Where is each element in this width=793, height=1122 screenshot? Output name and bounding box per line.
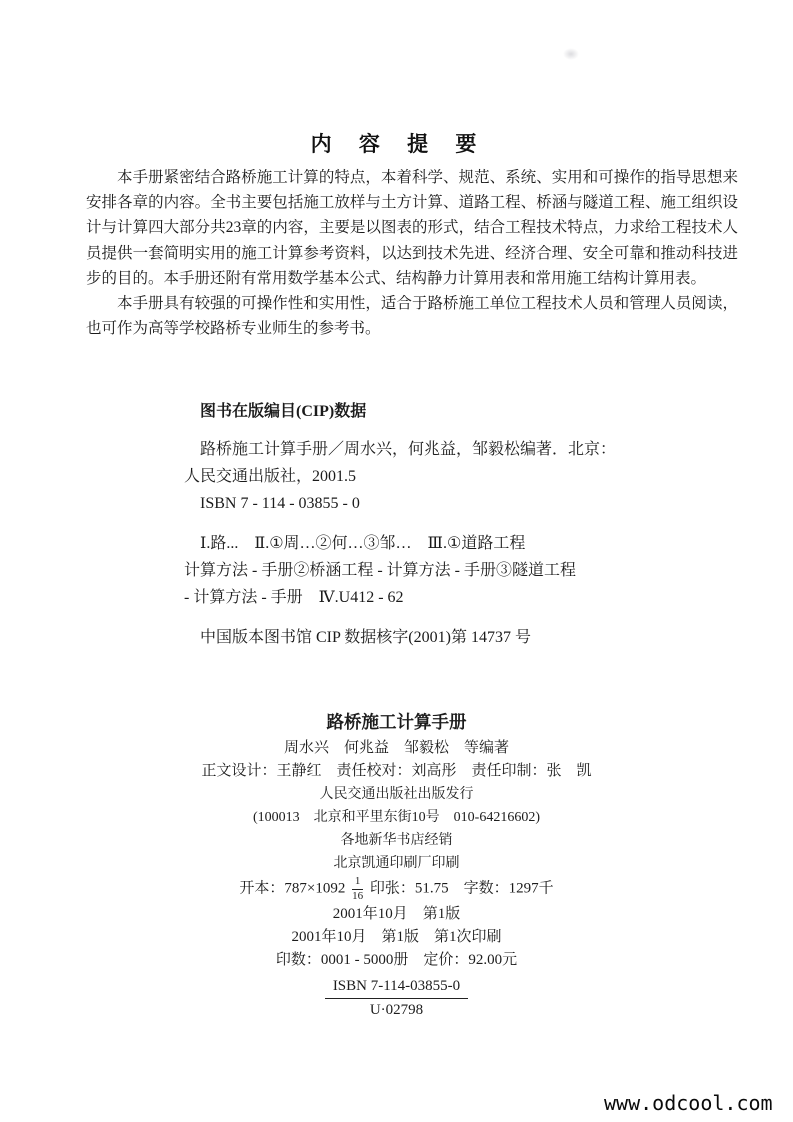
page-title: 内 容 提 要 (0, 128, 793, 158)
colophon-book-code: U·02798 (325, 999, 468, 1020)
cip-class-line-3: - 计算方法 - 手册 Ⅳ.U412 - 62 (184, 584, 684, 611)
fraction-numerator: 1 (352, 876, 363, 890)
cip-heading: 图书在版编目(CIP)数据 (184, 398, 684, 425)
colophon-print-run: 印数：0001 - 5000册 定价：92.00元 (0, 950, 793, 971)
colophon-printing: 2001年10月 第1版 第1次印刷 (0, 927, 793, 948)
colophon-block: 路桥施工计算手册 周水兴 何兆益 邹毅松 等编著 正文设计：王静红 责任校对：刘… (0, 710, 793, 1020)
cip-isbn: ISBN 7 - 114 - 03855 - 0 (184, 490, 684, 517)
colophon-address: (100013 北京和平里东街10号 010-64216602) (0, 807, 793, 828)
cip-record-number: 中国版本图书馆 CIP 数据核字(2001)第 14737 号 (184, 624, 684, 651)
cip-class-line-2: 计算方法 - 手册②桥涵工程 - 计算方法 - 手册③隧道工程 (184, 557, 684, 584)
colophon-isbn-stack: ISBN 7-114-03855-0 U·02798 (325, 977, 468, 1020)
colophon-distribution: 各地新华书店经销 (0, 830, 793, 851)
cip-classification: Ⅰ.路... Ⅱ.①周…②何…③邹… Ⅲ.①道路工程 计算方法 - 手册②桥涵工… (184, 530, 684, 611)
summary-paragraph-2: 本手册具有较强的可操作性和实用性，适合于路桥施工单位工程技术人员和管理人员阅读，… (86, 291, 738, 341)
colophon-staff: 正文设计：王静红 责任校对：刘高彤 责任印制：张 凯 (0, 761, 793, 782)
cip-entry-line-1: 路桥施工计算手册／周水兴，何兆益，邹毅松编著．北京： (184, 436, 684, 463)
colophon-publisher: 人民交通出版社出版发行 (0, 784, 793, 805)
colophon-authors: 周水兴 何兆益 邹毅松 等编著 (0, 738, 793, 759)
colophon-book-title: 路桥施工计算手册 (0, 710, 793, 734)
format-fraction: 1 16 (352, 876, 363, 902)
cip-entry: 路桥施工计算手册／周水兴，何兆益，邹毅松编著．北京： 人民交通出版社，2001.… (184, 436, 684, 517)
summary-paragraph-1: 本手册紧密结合路桥施工计算的特点，本着科学、规范、系统、实用和可操作的指导思想来… (86, 165, 738, 291)
content-summary: 本手册紧密结合路桥施工计算的特点，本着科学、规范、系统、实用和可操作的指导思想来… (86, 165, 738, 341)
colophon-format: 开本：787×1092 1 16 印张：51.75 字数：1297千 (0, 876, 793, 902)
fraction-denominator: 16 (352, 890, 363, 903)
cip-block: 图书在版编目(CIP)数据 路桥施工计算手册／周水兴，何兆益，邹毅松编著．北京：… (184, 398, 684, 651)
cip-class-line-1: Ⅰ.路... Ⅱ.①周…②何…③邹… Ⅲ.①道路工程 (184, 530, 684, 557)
book-copyright-page: 内 容 提 要 本手册紧密结合路桥施工计算的特点，本着科学、规范、系统、实用和可… (0, 0, 793, 1122)
colophon-printer: 北京凯通印刷厂印刷 (0, 853, 793, 874)
format-prefix: 开本：787×1092 (239, 881, 345, 897)
colophon-isbn: ISBN 7-114-03855-0 (325, 977, 468, 999)
cip-entry-line-2: 人民交通出版社，2001.5 (184, 463, 684, 490)
colophon-edition: 2001年10月 第1版 (0, 904, 793, 925)
scan-artifact (563, 48, 579, 60)
watermark: www.odcool.com (604, 1091, 773, 1115)
format-suffix: 印张：51.75 字数：1297千 (370, 881, 554, 897)
